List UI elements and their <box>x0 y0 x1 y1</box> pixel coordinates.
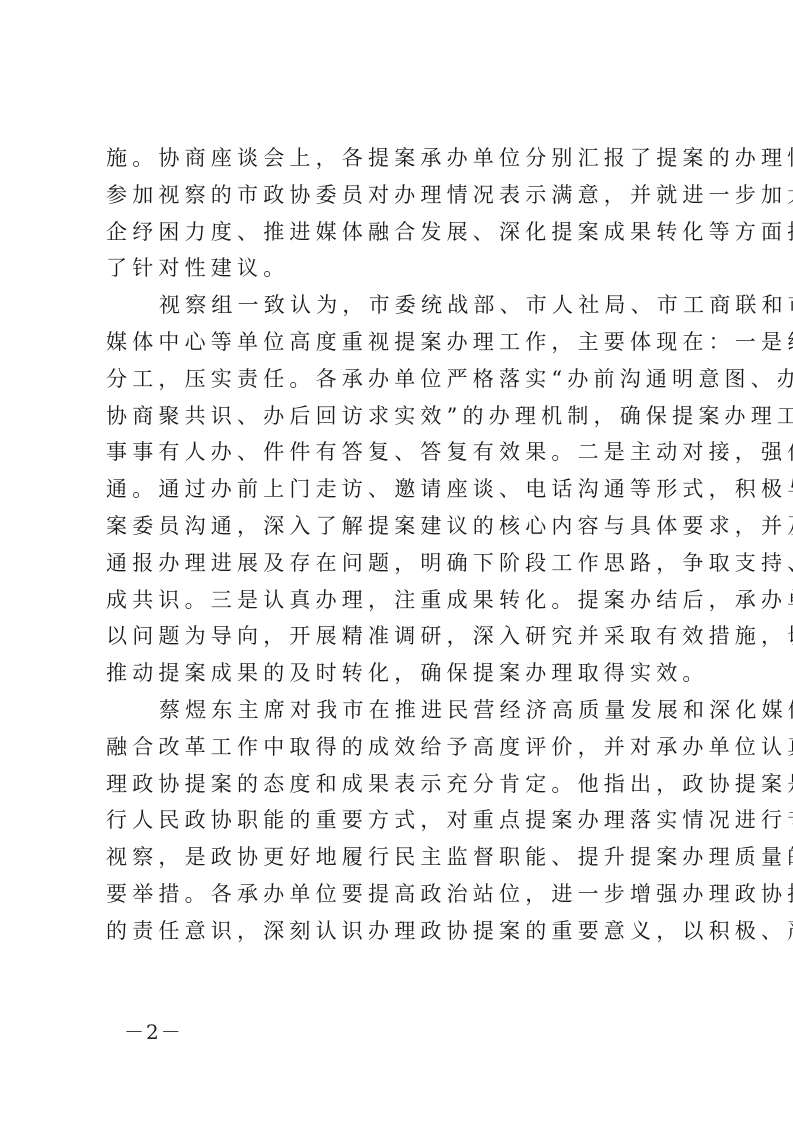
text-line-indented: 视察组一致认为，市委统战部、市人社局、市工商联和市融 <box>106 287 696 324</box>
text-line: 要举措。各承办单位要提高政治站位，进一步增强办理政协提案 <box>106 876 696 913</box>
text-line: 以问题为导向，开展精准调研，深入研究并采取有效措施，切实 <box>106 618 696 655</box>
text-line: 分工，压实责任。各承办单位严格落实“办前沟通明意图、办中 <box>106 361 696 398</box>
text-line: 通报办理进展及存在问题，明确下阶段工作思路，争取支持、达 <box>106 545 696 582</box>
text-line: 案委员沟通，深入了解提案建议的核心内容与具体要求，并及时 <box>106 508 696 545</box>
text-line: 理政协提案的态度和成果表示充分肯定。他指出，政协提案是履 <box>106 766 696 803</box>
page-number: －2－ <box>124 1016 183 1045</box>
text-line: 施。协商座谈会上，各提案承办单位分别汇报了提案的办理情况。 <box>106 140 696 177</box>
text-line: 企纾困力度、推进媒体融合发展、深化提案成果转化等方面提出 <box>106 214 696 251</box>
document-page: 施。协商座谈会上，各提案承办单位分别汇报了提案的办理情况。 参加视察的市政协委员… <box>0 0 793 1122</box>
text-line: 视察，是政协更好地履行民主监督职能、提升提案办理质量的重 <box>106 839 696 876</box>
text-line: 事事有人办、件件有答复、答复有效果。二是主动对接，强化沟 <box>106 434 696 471</box>
text-line-indented: 蔡煜东主席对我市在推进民营经济高质量发展和深化媒体 <box>106 692 696 729</box>
text-line: 了针对性建议。 <box>106 250 696 287</box>
text-line: 行人民政协职能的重要方式，对重点提案办理落实情况进行专题 <box>106 802 696 839</box>
text-line: 通。通过办前上门走访、邀请座谈、电话沟通等形式，积极与提 <box>106 471 696 508</box>
body-text: 施。协商座谈会上，各提案承办单位分别汇报了提案的办理情况。 参加视察的市政协委员… <box>106 140 696 950</box>
text-line: 协商聚共识、办后回访求实效”的办理机制，确保提案办理工作 <box>106 398 696 435</box>
text-line: 融合改革工作中取得的成效给予高度评价，并对承办单位认真办 <box>106 729 696 766</box>
text-line: 推动提案成果的及时转化，确保提案办理取得实效。 <box>106 655 696 692</box>
text-line: 媒体中心等单位高度重视提案办理工作，主要体现在：一是细化 <box>106 324 696 361</box>
text-line: 成共识。三是认真办理，注重成果转化。提案办结后，承办单位 <box>106 582 696 619</box>
text-line: 的责任意识，深刻认识办理政协提案的重要意义，以积极、严肃、 <box>106 913 696 950</box>
text-line: 参加视察的市政协委员对办理情况表示满意，并就进一步加大助 <box>106 177 696 214</box>
